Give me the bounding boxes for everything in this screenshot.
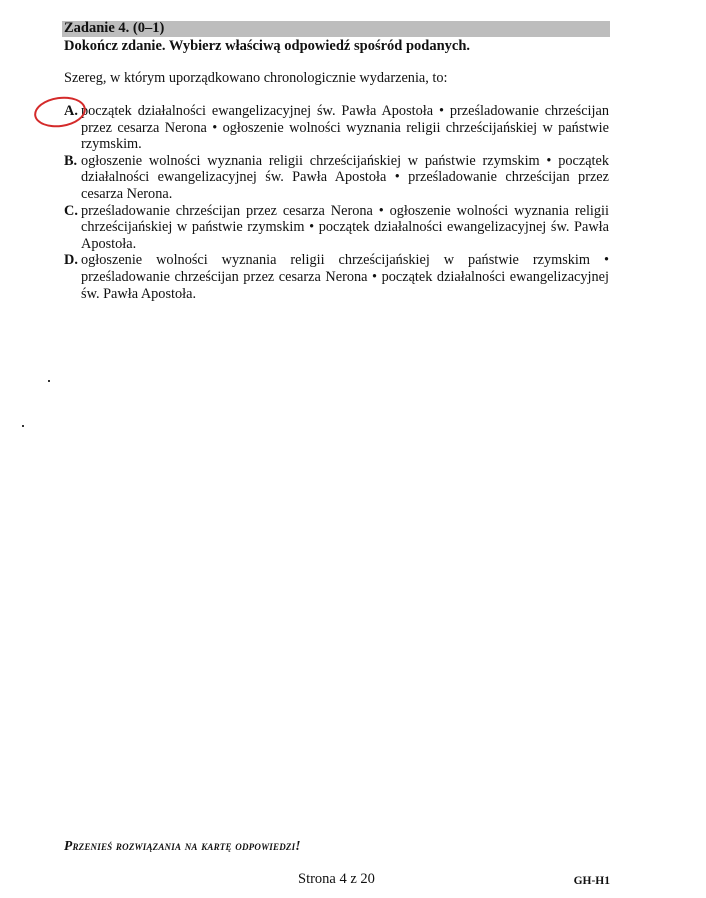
option-text: ogłoszenie wolności wyznania religii chr… [81, 252, 609, 302]
option-b[interactable]: B. ogłoszenie wolności wyznania religii … [64, 153, 609, 203]
exam-code: GH-H1 [574, 874, 610, 888]
page-number: Strona 4 z 20 [298, 871, 375, 888]
question-stem: Szereg, w którym uporządkowano chronolog… [64, 70, 448, 87]
task-title: Zadanie 4. (0–1) [64, 20, 164, 37]
scan-speck [22, 425, 24, 427]
transfer-note: Przenieś rozwiązania na kartę odpowiedzi… [64, 838, 301, 854]
option-text: początek działalności ewangelizacyjnej ś… [81, 103, 609, 153]
option-c[interactable]: C. prześladowanie chrześcijan przez cesa… [64, 203, 609, 253]
option-letter: B. [64, 153, 77, 170]
option-d[interactable]: D. ogłoszenie wolności wyznania religii … [64, 252, 609, 302]
scan-speck [48, 380, 50, 382]
option-text: prześladowanie chrześcijan przez cesarza… [81, 203, 609, 253]
option-letter: C. [64, 203, 78, 220]
task-instruction: Dokończ zdanie. Wybierz właściwą odpowie… [64, 38, 470, 55]
option-text: ogłoszenie wolności wyznania religii chr… [81, 153, 609, 203]
option-a[interactable]: A. początek działalności ewangelizacyjne… [64, 103, 609, 153]
option-letter: D. [64, 252, 78, 269]
answer-options: A. początek działalności ewangelizacyjne… [64, 103, 609, 302]
